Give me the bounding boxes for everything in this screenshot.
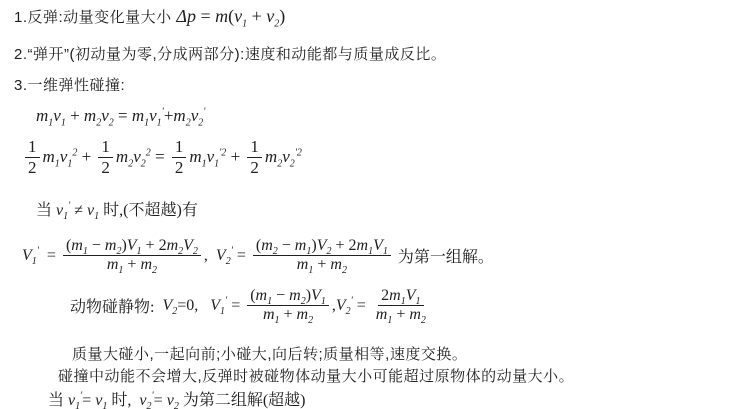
equation-first-solution-set: V1' = (m1 − m2)V1 + 2m2V2m1 + m2, V2' = …	[22, 237, 494, 275]
note-direction-text: 质量大碰小,一起向前;小碰大,向后转;质量相等,速度交换。	[72, 346, 467, 363]
equation-moving-hits-static: 动物碰静物: V2=0, V1' = (m1 − m2)V1m1 + m2,V2…	[70, 287, 432, 325]
list-item-3-elastic-collision: 3.一维弹性碰撞:	[14, 74, 125, 95]
list-item-2-spring-apart: 2.“弹开”(初动量为零,分成两部分):速度和动能都与质量成反比。	[14, 43, 446, 64]
condition-second-solution: 当 v1'= v1 时, v2'= v2 为第二组解(超越)	[48, 387, 305, 409]
document-page: 1.反弹:动量变化量大小 Δp = m(v1 + v2) 2.“弹开”(初动量为…	[0, 0, 756, 409]
equation-kinetic-energy-conservation: 12m1v12 + 12m2v22 = 12m1v1'2 + 12m2v2'2	[22, 137, 302, 177]
equation-momentum-conservation: m1v1 + m2v2 = m1v1'+m2v2'	[36, 106, 205, 126]
item-2-text: 2.“弹开”(初动量为零,分成两部分):速度和动能都与质量成反比。	[14, 46, 446, 63]
item-1-text: 1.反弹:动量变化量大小	[14, 9, 176, 26]
note-energy-text: 碰撞中动能不会增大,反弹时被碰物体动量大小可能超过原物体的动量大小。	[58, 368, 574, 385]
note-direction-rules: 质量大碰小,一起向前;小碰大,向后转;质量相等,速度交换。	[72, 343, 467, 364]
condition-first-solution: 当 v1' ≠ v1 时,(不超越)有	[36, 197, 198, 220]
item-1-formula-delta-p: Δp = m(v1 + v2)	[176, 6, 285, 26]
list-item-1-rebound: 1.反弹:动量变化量大小 Δp = m(v1 + v2)	[14, 6, 285, 27]
item-3-text: 3.一维弹性碰撞:	[14, 77, 125, 94]
note-kinetic-energy-rule: 碰撞中动能不会增大,反弹时被碰物体动量大小可能超过原物体的动量大小。	[58, 365, 574, 386]
